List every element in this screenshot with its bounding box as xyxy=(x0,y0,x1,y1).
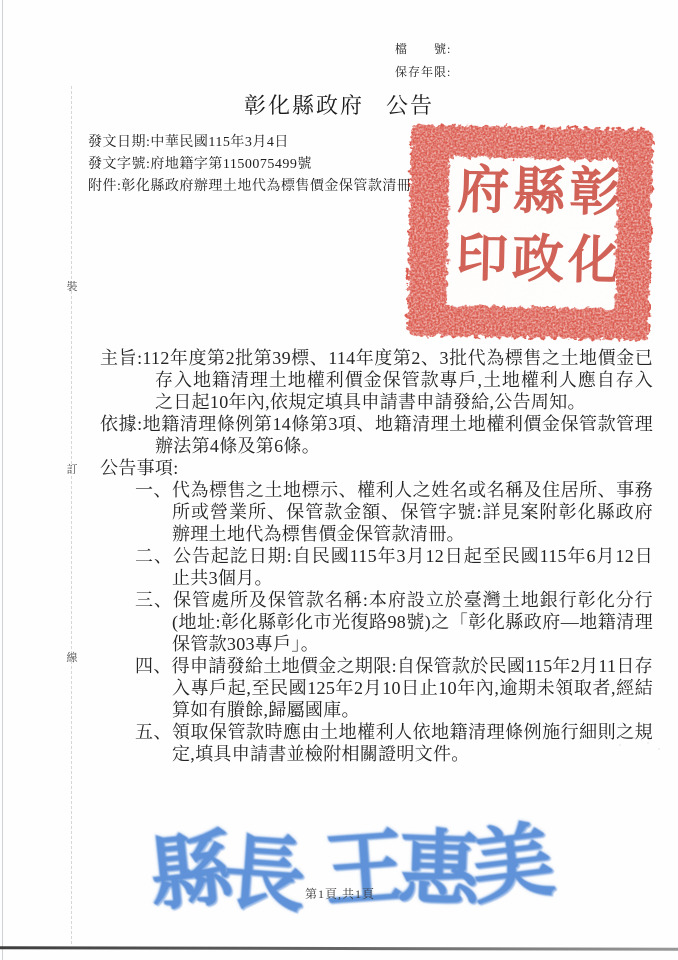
issue-date-line: 發文日期:中華民國115年3月4日 xyxy=(88,132,411,154)
file-number-block: 檔 號: 保存年限: xyxy=(395,38,451,84)
signature-char-5: 美 xyxy=(466,811,560,920)
item-5-number: 五、 xyxy=(135,722,172,742)
scan-edge-left xyxy=(2,0,3,960)
doc-number-value: 府地籍字第1150075499號 xyxy=(150,157,311,172)
attachment-label: 附件: xyxy=(88,179,121,194)
meta-block: 發文日期:中華民國115年3月4日 發文字號:府地籍字第1150075499號 … xyxy=(88,132,411,198)
item-3-text: 保管處所及保管款名稱:本府設立於臺灣土地銀行彰化分行(地址:彰化縣彰化市光復路9… xyxy=(172,590,653,654)
agency-name: 彰化縣政府 xyxy=(244,93,364,118)
basis-text: 地籍清理條例第14條第3項、地籍清理土地權利價金保管款管理辦法第4條及第6條。 xyxy=(142,414,653,456)
subject-text: 112年度第2批第39標、114年度第2、3批代為標售之土地價金已存入地籍清理土… xyxy=(142,348,653,412)
document-body: 主旨:112年度第2批第39標、114年度第2、3批代為標售之土地價金已存入地籍… xyxy=(100,347,653,765)
basis-label: 依據: xyxy=(100,414,142,434)
announcement-item-3: 三、保管處所及保管款名稱:本府設立於臺灣土地銀行彰化分行(地址:彰化縣彰化市光復… xyxy=(135,589,653,655)
item-4-number: 四、 xyxy=(135,656,172,676)
doc-type-label: 公告 xyxy=(386,93,434,118)
page-number: 第1頁,共1頁 xyxy=(305,885,375,902)
item-2-text: 公告起訖日期:自民國115年3月12日起至民國115年6月12日止共3個月。 xyxy=(172,546,653,588)
binding-mark-ding: 訂 xyxy=(65,461,79,477)
doc-number-label: 發文字號: xyxy=(88,157,150,172)
announcement-item-4: 四、得申請發給土地價金之期限:自保管款於民國115年2月11日存入專戶起,至民國… xyxy=(135,655,653,721)
scan-noise-specks xyxy=(598,733,668,755)
binding-dashed-line xyxy=(71,86,72,944)
attachment-line: 附件:彰化縣政府辦理土地代為標售價金保管款清冊 xyxy=(88,176,411,198)
binding-mark-zhuang: 裝 xyxy=(65,278,79,294)
seal-script-text: 彰化縣政府印 xyxy=(446,156,617,314)
item-1-text: 代為標售之土地標示、權利人之姓名或名稱及住居所、事務所或營業所、保管款金額、保管… xyxy=(172,480,653,544)
subject-label: 主旨: xyxy=(100,348,142,368)
issue-date-value: 中華民國115年3月4日 xyxy=(150,135,288,150)
item-2-number: 二、 xyxy=(135,546,173,566)
doc-number-line: 發文字號:府地籍字第1150075499號 xyxy=(88,154,411,176)
basis-paragraph: 依據:地籍清理條例第14條第3項、地籍清理土地權利價金保管款管理辦法第4條及第6… xyxy=(100,413,653,457)
announcement-item-5: 五、領取保管款時應由土地權利人依地籍清理條例施行細則之規定,填具申請書並檢附相關… xyxy=(135,721,653,765)
items-heading: 公告事項: xyxy=(100,457,653,479)
item-1-number: 一、 xyxy=(135,480,172,500)
signature-char-2: 長 xyxy=(220,823,309,928)
item-4-text: 得申請發給土地價金之期限:自保管款於民國115年2月11日存入專戶起,至民國12… xyxy=(172,656,653,720)
attachment-value: 彰化縣政府辦理土地代為標售價金保管款清冊 xyxy=(121,179,411,194)
scanned-announcement-page: 檔 號: 保存年限: 彰化縣政府公告 發文日期:中華民國115年3月4日 發文字… xyxy=(0,0,678,960)
retention-period-label: 保存年限: xyxy=(395,61,451,84)
issue-date-label: 發文日期: xyxy=(88,135,150,150)
document-title: 彰化縣政府公告 xyxy=(0,89,678,120)
announcement-item-1: 一、代為標售之土地標示、權利人之姓名或名稱及住居所、事務所或營業所、保管款金額、… xyxy=(135,479,653,545)
mayor-signature-stamp: 縣 長 王 惠 美 xyxy=(149,817,547,924)
announcement-item-2: 二、公告起訖日期:自民國115年3月12日起至民國115年6月12日止共3個月。 xyxy=(135,545,653,589)
official-seal-stamp: 彰化縣政府印 xyxy=(402,119,659,345)
scan-edge-bottom xyxy=(0,946,678,950)
file-no-label: 檔 號: xyxy=(395,38,451,61)
subject-paragraph: 主旨:112年度第2批第39標、114年度第2、3批代為標售之土地價金已存入地籍… xyxy=(100,347,653,413)
item-5-text: 領取保管款時應由土地權利人依地籍清理條例施行細則之規定,填具申請書並檢附相關證明… xyxy=(172,722,653,764)
item-3-number: 三、 xyxy=(135,590,173,610)
binding-mark-xian: 線 xyxy=(65,649,79,665)
